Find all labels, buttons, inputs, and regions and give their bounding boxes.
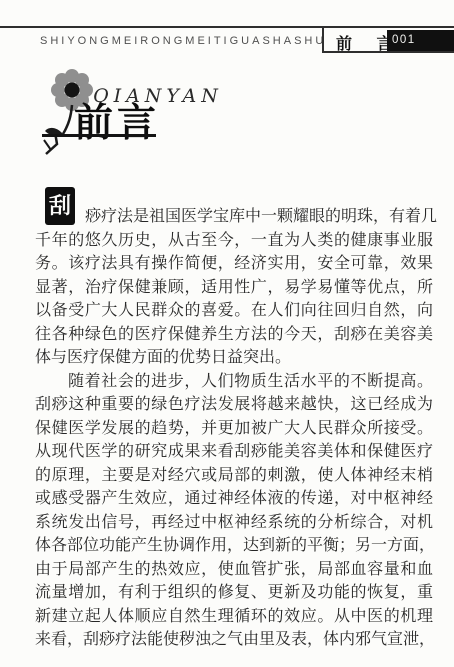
title-strike-rule: [42, 134, 156, 137]
body-line: 刮痧这种重要的绿色疗法发展将越来越快，这已经成为: [35, 395, 433, 419]
body-line: 系统发出信号，再经过中枢神经系统的分析综合，对机: [35, 513, 433, 537]
body-line: 以备受广大人民群众的喜爱。在人们向往回归自然，向: [35, 301, 433, 325]
page-number: 001: [387, 30, 454, 51]
body-line: 务。该疗法具有操作简便，经济实用，安全可靠，效果: [35, 254, 433, 278]
body-line: 新建立起人体顺应自然生理循环的效应。从中医的机理: [35, 607, 433, 631]
page-number-box: 001: [387, 30, 454, 51]
body-line: 痧疗法是祖国医学宝库中一颗耀眼的明珠，有着几: [85, 207, 433, 231]
body-line: 来看，刮痧疗法能使秽浊之气由里及表，体内邪气宣泄，: [35, 630, 433, 654]
header-top-rule: [0, 26, 454, 28]
body-line: 往各种绿色的医疗保健养生方法的今天，刮痧在美容美: [35, 325, 433, 349]
page-title: 前言: [74, 104, 160, 143]
book-page: SHIYONGMEIRONGMEITIGUASHASHU 前 言 001 QIA…: [0, 0, 454, 667]
body-line: 体与医疗保健方面的优势日益突出。: [35, 348, 433, 372]
header-divider-rule: [322, 26, 324, 53]
body-line: 随着社会的进步，人们物质生活水平的不断提高。: [35, 372, 433, 396]
header-tab-bottom-rule: [322, 51, 454, 53]
body-line: 保健医学发展的趋势，并更加被广大人民群众所接受。: [35, 419, 433, 443]
running-title: SHIYONGMEIRONGMEITIGUASHASHU: [40, 35, 326, 47]
body-line: 或感受器产生效应，通过神经体液的传递，对中枢神经: [35, 489, 433, 513]
body-text: 痧疗法是祖国医学宝库中一颗耀眼的明珠，有着几 千年的悠久历史，从古至今，一直为人…: [35, 207, 433, 657]
body-line: 千年的悠久历史，从古至今，一直为人类的健康事业服: [35, 231, 433, 255]
body-line: 流量增加，有利于组织的修复、更新及功能的恢复，重: [35, 583, 433, 607]
body-line: 由于局部产生的热效应，使血管扩张，局部血容量和血: [35, 560, 433, 584]
body-line: 的原理，主要是对经穴或局部的刺激，使人体神经末梢: [35, 466, 433, 490]
body-line: 体各部位功能产生协调作用，达到新的平衡；另一方面，: [35, 536, 433, 560]
body-line: 显著，治疗保健兼顾，适用性广，易学易懂等优点，所: [35, 278, 433, 302]
body-line: 从现代医学的研究成果来看刮痧能美容美体和保健医疗: [35, 442, 433, 466]
